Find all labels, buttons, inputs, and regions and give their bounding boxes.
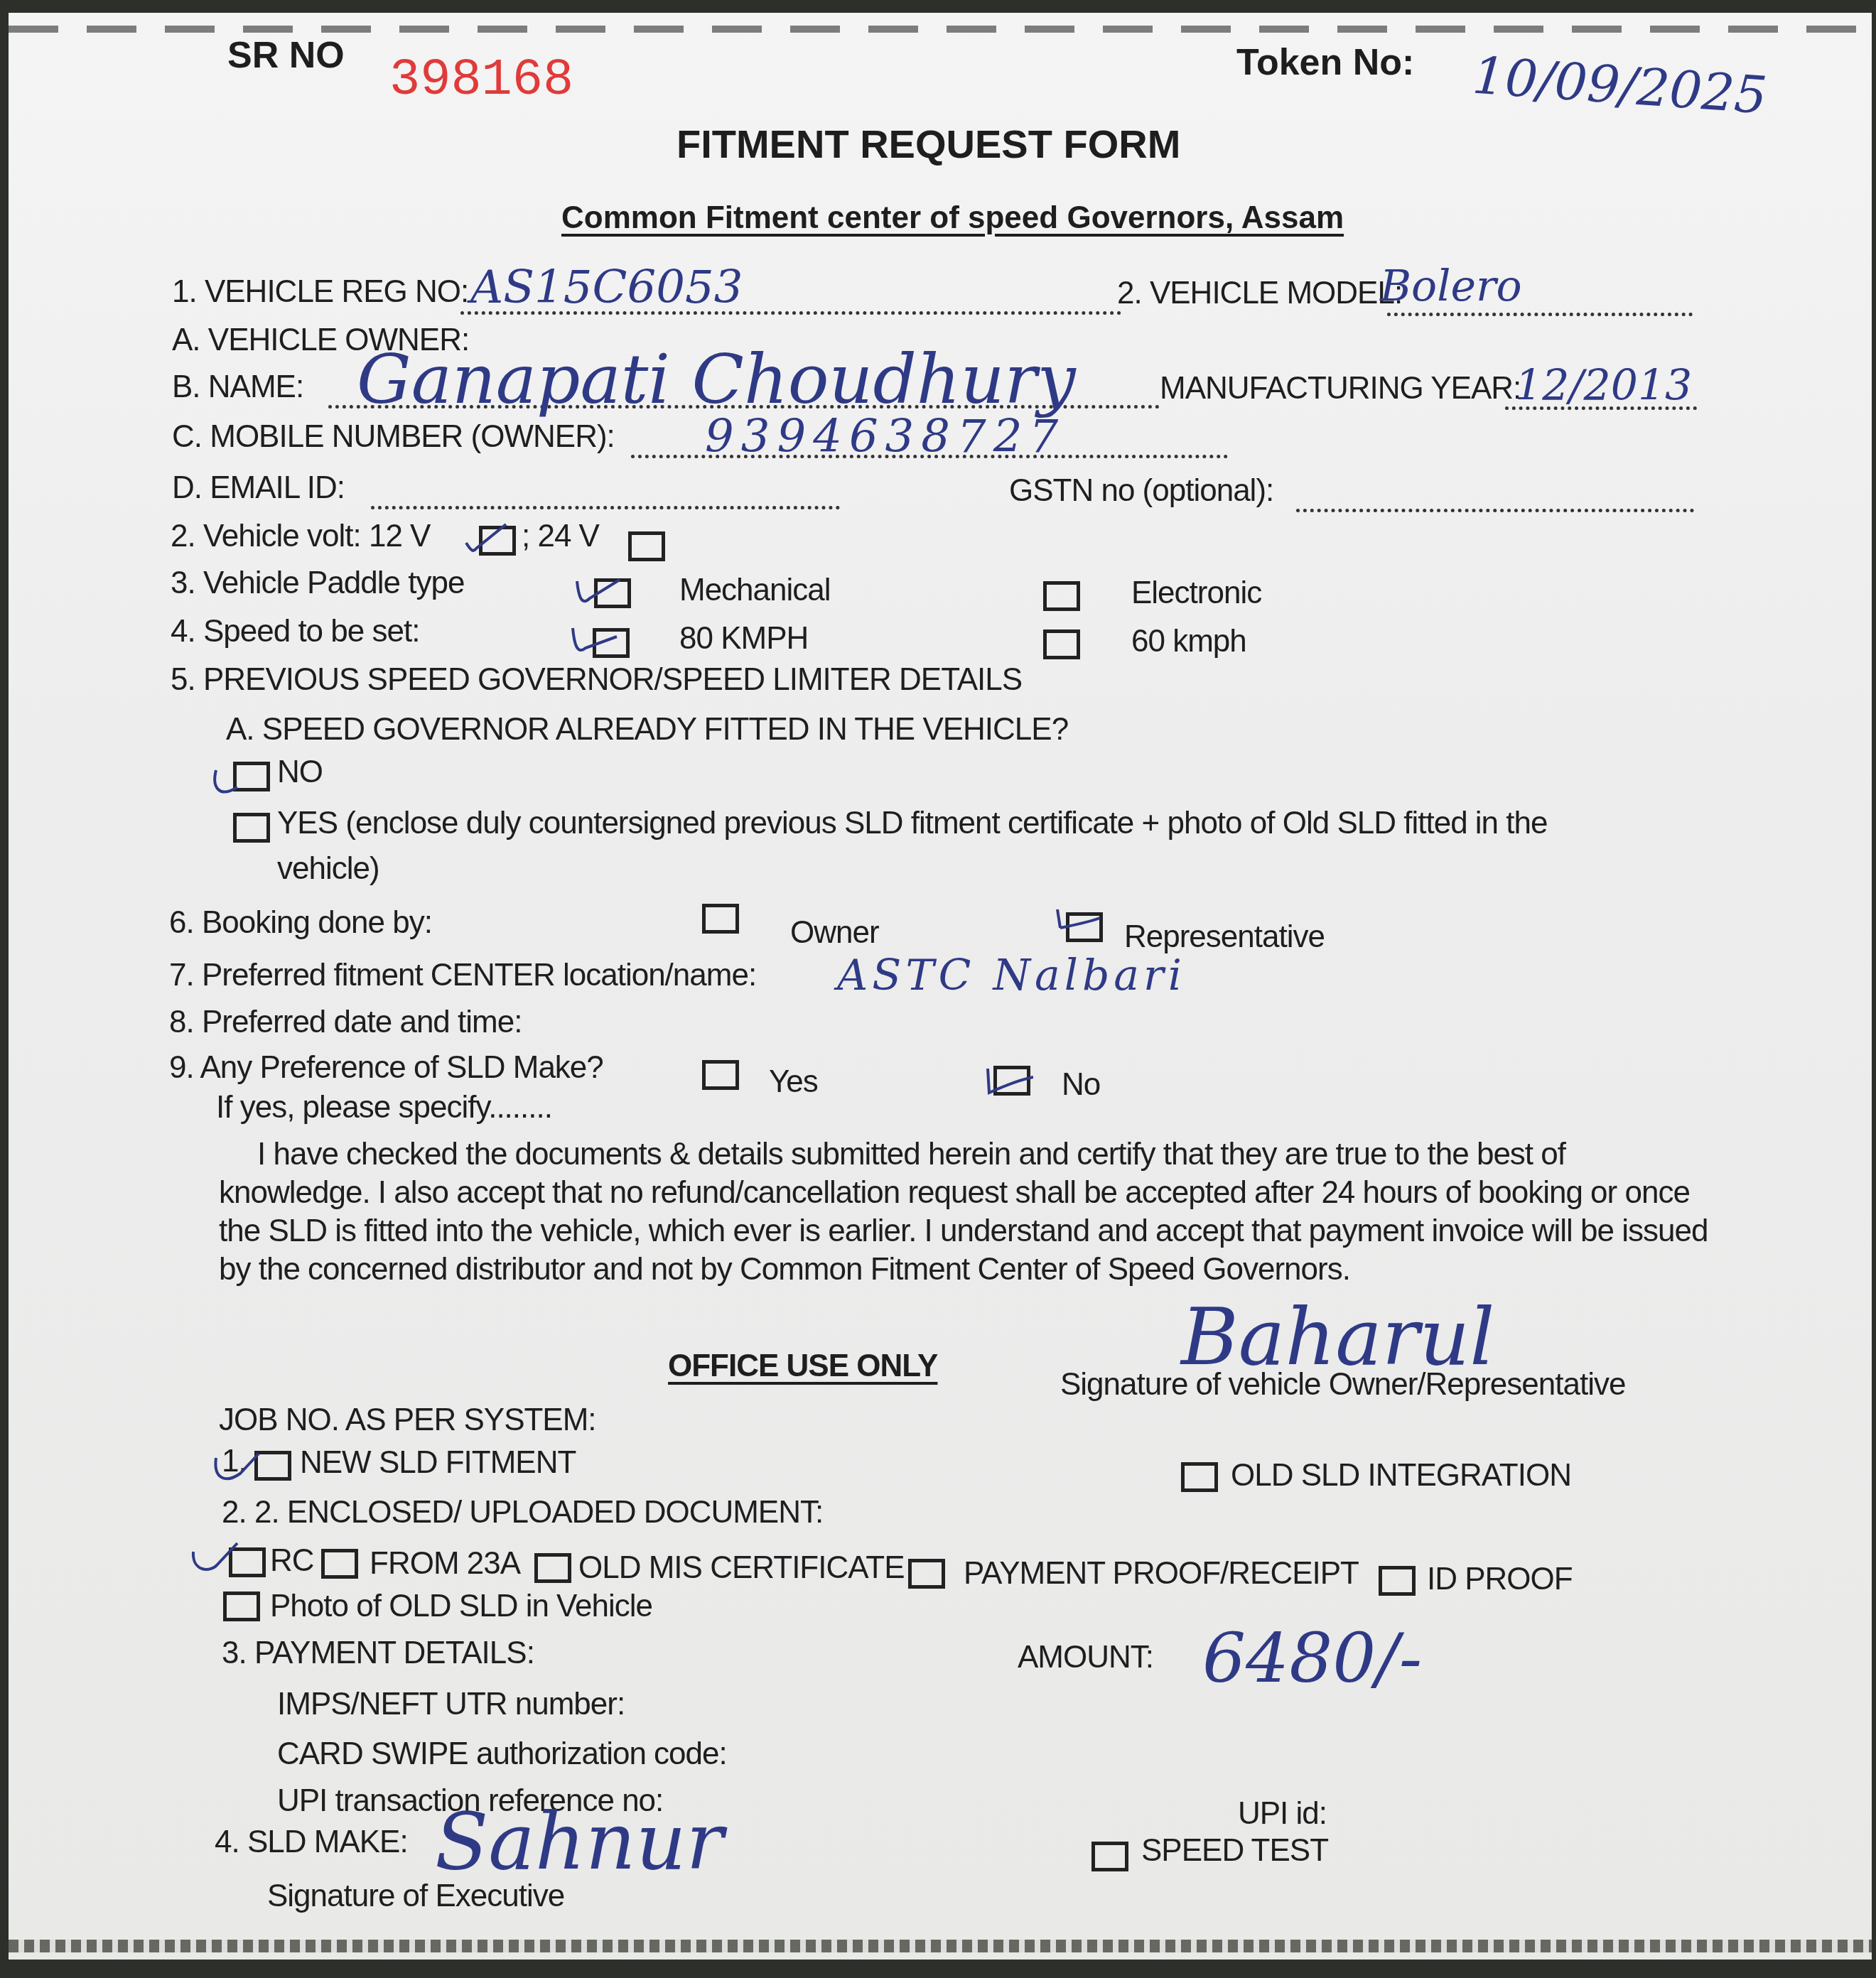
sld-specify: If yes, please specify........ — [216, 1090, 552, 1125]
form-paper: SR NO 398168 Token No: 10/09/2025 FITMEN… — [9, 13, 1872, 1960]
option-sld-yes: Yes — [769, 1064, 818, 1100]
declaration-text: I have checked the documents & details s… — [219, 1135, 1711, 1289]
payment-label: 3. PAYMENT DETAILS: — [222, 1636, 534, 1671]
vehicle-model-value[interactable]: Bolero — [1380, 261, 1522, 311]
owner-name-value[interactable]: Ganapati Choudhury — [357, 340, 1076, 419]
option-sld-no: No — [1062, 1067, 1100, 1103]
perforation-top — [9, 26, 1872, 33]
doc-old-mis: OLD MIS CERTIFICATE — [578, 1550, 905, 1586]
checkbox-doc-payment-proof[interactable] — [908, 1559, 945, 1589]
checkmark-icon — [212, 1451, 262, 1486]
owner-signature-label: Signature of vehicle Owner/Representativ… — [1060, 1367, 1625, 1403]
checkbox-24v[interactable] — [628, 531, 665, 561]
checkmark-icon — [189, 1540, 239, 1576]
doc-photo-old-sld: Photo of OLD SLD in Vehicle — [270, 1589, 652, 1624]
mfg-year-label: MANUFACTURING YEAR: — [1160, 371, 1521, 406]
gstn-field[interactable] — [1296, 507, 1694, 512]
checkbox-electronic[interactable] — [1043, 581, 1080, 611]
speed-test-label: SPEED TEST — [1141, 1833, 1328, 1869]
sld-pref-label: 9. Any Preference of SLD Make? — [169, 1050, 603, 1086]
mfg-year-value[interactable]: 12/2013 — [1515, 361, 1692, 411]
paddle-label: 3. Vehicle Paddle type — [171, 566, 464, 601]
doc-payment-proof: PAYMENT PROOF/RECEIPT — [964, 1556, 1359, 1591]
checkbox-doc-old-mis[interactable] — [534, 1553, 571, 1583]
option-mechanical: Mechanical — [679, 573, 831, 608]
checkmark-icon — [1053, 907, 1103, 942]
center-label: 7. Preferred fitment CENTER location/nam… — [169, 958, 756, 993]
doc-23a: FROM 23A — [370, 1546, 520, 1582]
checkbox-old-sld-integration[interactable] — [1181, 1462, 1218, 1492]
executive-signature: Sahnur — [435, 1796, 723, 1887]
sr-no-label: SR NO — [227, 34, 345, 77]
name-label: B. NAME: — [172, 369, 303, 405]
form-subtitle: Common Fitment center of speed Governors… — [561, 200, 1344, 236]
email-field[interactable] — [371, 504, 840, 509]
office-use-heading: OFFICE USE ONLY — [668, 1349, 937, 1384]
token-value: 10/09/2025 — [1471, 45, 1769, 126]
checkmark-icon — [209, 766, 259, 801]
amount-label: AMOUNT: — [1018, 1640, 1153, 1675]
amount-value[interactable]: 6480/- — [1202, 1618, 1422, 1698]
option-yes-governor-cont: vehicle) — [277, 851, 379, 887]
doc-id-proof: ID PROOF — [1427, 1562, 1573, 1597]
previous-sld-label: 5. PREVIOUS SPEED GOVERNOR/SPEED LIMITER… — [171, 662, 1022, 698]
sld-make-label: 4. SLD MAKE: — [215, 1825, 408, 1860]
upi-id-label: UPI id: — [1238, 1796, 1327, 1832]
job-no-label: JOB NO. AS PER SYSTEM: — [219, 1403, 596, 1438]
checkbox-doc-23a[interactable] — [321, 1549, 358, 1579]
previous-sld-question: A. SPEED GOVERNOR ALREADY FITTED IN THE … — [226, 712, 1068, 747]
option-electronic: Electronic — [1131, 575, 1261, 611]
checkbox-doc-photo-old-sld[interactable] — [223, 1591, 260, 1621]
booking-label: 6. Booking done by: — [169, 905, 432, 941]
volt-label: 2. Vehicle volt: 12 V — [171, 519, 430, 554]
vehicle-model-label: 2. VEHICLE MODEL: — [1117, 276, 1402, 311]
mobile-label: C. MOBILE NUMBER (OWNER): — [172, 419, 615, 455]
documents-label: 2. 2. ENCLOSED/ UPLOADED DOCUMENT: — [222, 1495, 823, 1530]
gstn-label: GSTN no (optional): — [1009, 473, 1273, 509]
card-swipe-label: CARD SWIPE authorization code: — [277, 1736, 727, 1772]
vehicle-model-line — [1387, 311, 1693, 316]
option-owner: Owner — [790, 915, 879, 951]
checkmark-icon — [983, 1064, 1033, 1100]
option-80kmph: 80 KMPH — [679, 621, 808, 656]
option-yes-governor: YES (enclose duly countersigned previous… — [277, 806, 1547, 841]
checkbox-speed-test[interactable] — [1091, 1842, 1128, 1871]
checkbox-owner[interactable] — [702, 904, 739, 934]
checkmark-icon — [570, 622, 620, 658]
perforation-bottom — [9, 1940, 1872, 1952]
vehicle-reg-value[interactable]: AS15C6053 — [470, 261, 743, 314]
option-new-sld: NEW SLD FITMENT — [300, 1445, 576, 1481]
date-time-label: 8. Preferred date and time: — [169, 1005, 522, 1040]
checkbox-yes-governor[interactable] — [233, 813, 270, 843]
volt-separator: ; 24 V — [522, 519, 599, 554]
checkbox-doc-id-proof[interactable] — [1379, 1566, 1416, 1596]
center-value[interactable]: ASTC Nalbari — [837, 951, 1186, 1000]
email-label: D. EMAIL ID: — [172, 470, 345, 506]
form-title: FITMENT REQUEST FORM — [676, 121, 1180, 167]
option-old-sld-integration: OLD SLD INTEGRATION — [1231, 1458, 1571, 1493]
doc-rc: RC — [270, 1543, 314, 1579]
mobile-value[interactable]: 9394638727 — [705, 411, 1065, 463]
checkmark-icon — [463, 521, 513, 557]
checkbox-sld-yes[interactable] — [702, 1060, 739, 1090]
token-label: Token No: — [1236, 41, 1414, 84]
option-60kmph: 60 kmph — [1131, 624, 1246, 659]
sr-no-value: 398168 — [389, 51, 573, 109]
option-representative: Representative — [1124, 919, 1325, 955]
imps-label: IMPS/NEFT UTR number: — [277, 1687, 625, 1722]
checkbox-60kmph[interactable] — [1043, 629, 1080, 659]
speed-label: 4. Speed to be set: — [171, 614, 419, 649]
vehicle-reg-label: 1. VEHICLE REG NO: — [172, 274, 468, 310]
option-no-governor: NO — [277, 755, 323, 790]
checkmark-icon — [574, 574, 624, 610]
executive-signature-label: Signature of Executive — [267, 1879, 564, 1914]
